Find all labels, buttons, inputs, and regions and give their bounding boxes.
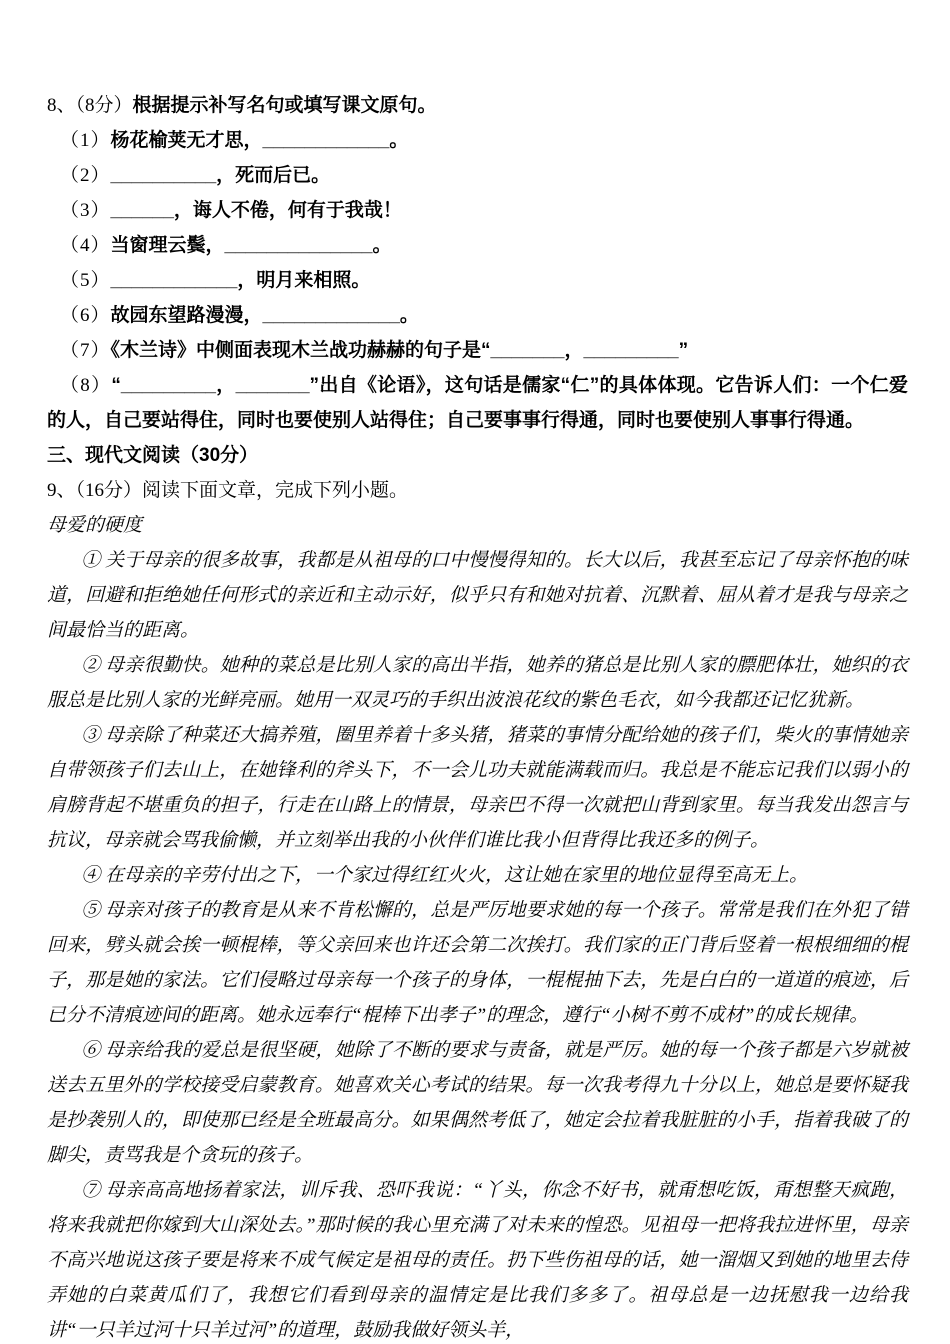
q8-item-6: （6）故园东望路漫漫，_____________。 <box>47 298 908 333</box>
q8-item-7: （7）《木兰诗》中侧面表现木兰战功赫赫的句子是“_______，________… <box>47 333 908 368</box>
passage-paragraph-1: ① 关于母亲的很多故事，我都是从祖母的口中慢慢得知的。长大以后，我甚至忘记了母亲… <box>47 543 908 648</box>
passage-paragraph-7: ⑦ 母亲高高地扬着家法，训斥我、恐吓我说：“丫头，你念不好书，就甭想吃饭，甭想整… <box>47 1173 908 1344</box>
q8-item-4-text: 当窗理云鬓，______________。 <box>111 235 392 256</box>
q8-item-3-text: ______，诲人不倦，何有于我哉！ <box>111 200 402 221</box>
exam-page: 8、（8分）根据提示补写名句或填写课文原句。 （1）杨花榆荚无才思，______… <box>0 0 950 1344</box>
q8-item-8-text: “_________，_______”出自《论语》，这句话是儒家“仁”的具体体现… <box>47 375 908 431</box>
passage-paragraph-3: ③ 母亲除了种菜还大搞养殖，圈里养着十多头猪，猪菜的事情分配给她的孩子们，柴火的… <box>47 718 908 858</box>
q8-item-7-text: 《木兰诗》中侧面表现木兰战功赫赫的句子是“_______，_________” <box>111 340 689 361</box>
q8-item-4: （4）当窗理云鬓，______________。 <box>47 228 908 263</box>
q8-item-5-text: ____________，明月来相照。 <box>111 270 371 291</box>
q8-item-4-number: （4） <box>60 235 111 256</box>
question8-items: （1）杨花榆荚无才思，____________。 （2）__________，死… <box>47 123 908 438</box>
q8-item-8-number: （8） <box>60 375 111 396</box>
q8-item-2-text: __________，死而后已。 <box>111 165 331 186</box>
question9-header: 9、（16分）阅读下面文章，完成下列小题。 <box>47 473 908 508</box>
reading-passage: 母爱的硬度 ① 关于母亲的很多故事，我都是从祖母的口中慢慢得知的。长大以后，我甚… <box>47 508 908 1344</box>
q8-item-6-text: 故园东望路漫漫，_____________。 <box>111 305 419 326</box>
q8-item-5-number: （5） <box>60 270 111 291</box>
q8-item-2-number: （2） <box>60 165 111 186</box>
question8-header: 8、（8分）根据提示补写名句或填写课文原句。 <box>47 88 908 123</box>
q8-item-1-number: （1） <box>60 130 111 151</box>
q8-item-7-number: （7） <box>60 340 111 361</box>
section3-heading: 三、现代文阅读（30分） <box>47 438 908 473</box>
q8-item-3: （3）______，诲人不倦，何有于我哉！ <box>47 193 908 228</box>
passage-title: 母爱的硬度 <box>47 508 908 543</box>
q8-item-1-text: 杨花榆荚无才思，____________。 <box>111 130 409 151</box>
q8-item-1: （1）杨花榆荚无才思，____________。 <box>47 123 908 158</box>
q8-item-8: （8）“_________，_______”出自《论语》，这句话是儒家“仁”的具… <box>47 368 908 438</box>
passage-paragraph-4: ④ 在母亲的辛劳付出之下，一个家过得红红火火，这让她在家里的地位显得至高无上。 <box>47 858 908 893</box>
passage-paragraph-2: ② 母亲很勤快。她种的菜总是比别人家的高出半指，她养的猪总是比别人家的膘肥体壮，… <box>47 648 908 718</box>
q8-item-5: （5）____________，明月来相照。 <box>47 263 908 298</box>
q8-item-3-number: （3） <box>60 200 111 221</box>
passage-paragraph-5: ⑤ 母亲对孩子的教育是从来不肯松懈的，总是严厉地要求她的每一个孩子。常常是我们在… <box>47 893 908 1033</box>
q8-item-6-number: （6） <box>60 305 111 326</box>
passage-paragraph-6: ⑥ 母亲给我的爱总是很坚硬，她除了不断的要求与责备，就是严厉。她的每一个孩子都是… <box>47 1033 908 1173</box>
question8-number: 8、（8分） <box>47 95 133 116</box>
q8-item-2: （2）__________，死而后已。 <box>47 158 908 193</box>
question8-prompt: 根据提示补写名句或填写课文原句。 <box>133 95 437 116</box>
